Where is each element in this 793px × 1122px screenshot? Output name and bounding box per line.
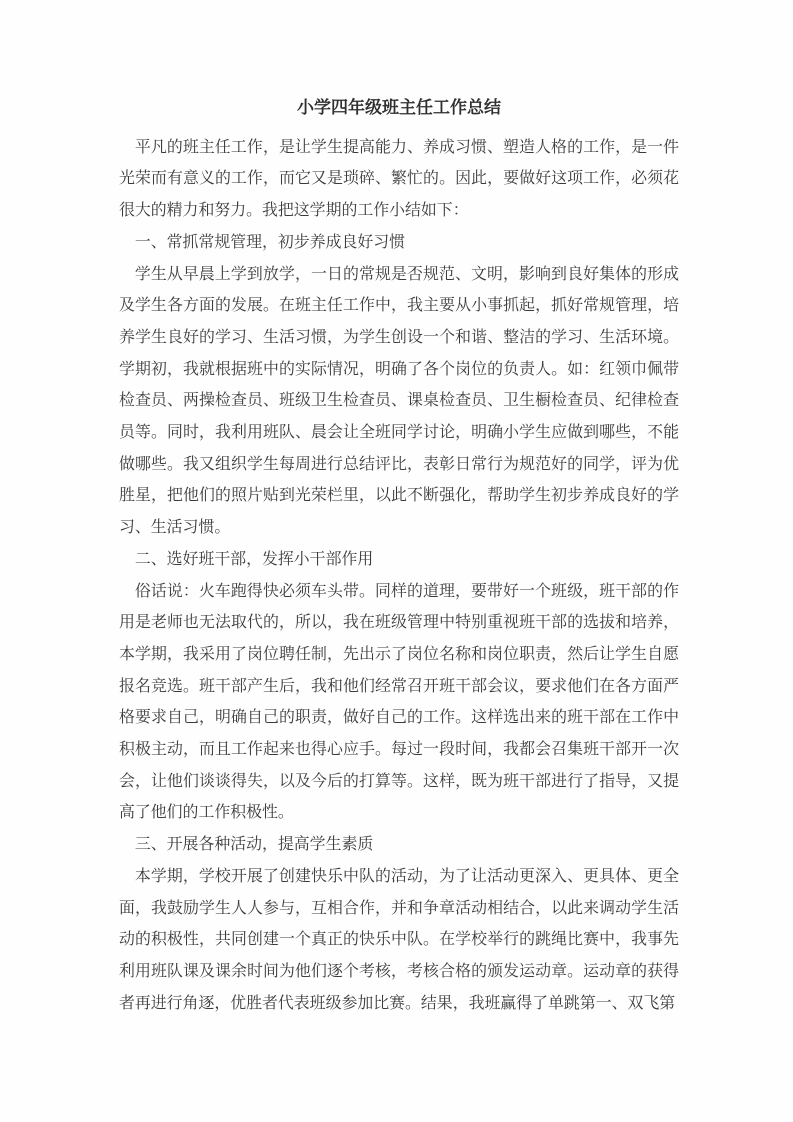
section-heading-3: 三、开展各种活动，提高学生素质 <box>119 829 679 861</box>
section-heading-1: 一、常抓常规管理，初步养成良好习惯 <box>119 227 679 259</box>
paragraph-section-1: 学生从早晨上学到放学，一日的常规是否规范、文明，影响到良好集体的形成及学生各方面… <box>119 259 679 544</box>
section-heading-2: 二、选好班干部，发挥小干部作用 <box>119 544 679 576</box>
document-body: 小学四年级班主任工作总结 平凡的班主任工作，是让学生提高能力、养成习惯、塑造人格… <box>119 92 679 1019</box>
paragraph-section-3: 本学期，学校开展了创建快乐中队的活动，为了让活动更深入、更具体、更全面，我鼓励学… <box>119 861 679 1020</box>
document-page: 小学四年级班主任工作总结 平凡的班主任工作，是让学生提高能力、养成习惯、塑造人格… <box>0 0 793 1122</box>
document-title: 小学四年级班主任工作总结 <box>119 92 679 124</box>
paragraph-section-2: 俗话说：火车跑得快必须车头带。同样的道理，要带好一个班级，班干部的作用是老师也无… <box>119 576 679 830</box>
paragraph-intro: 平凡的班主任工作，是让学生提高能力、养成习惯、塑造人格的工作，是一件光荣而有意义… <box>119 132 679 227</box>
